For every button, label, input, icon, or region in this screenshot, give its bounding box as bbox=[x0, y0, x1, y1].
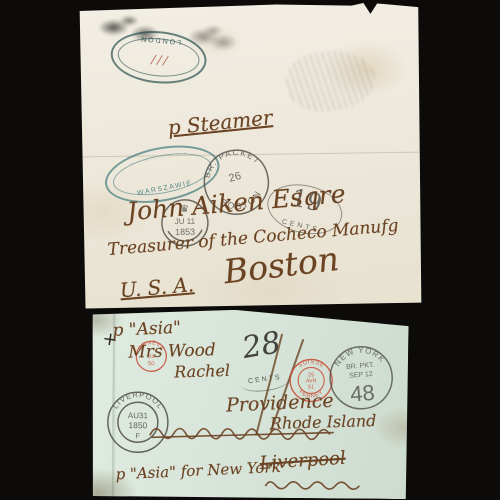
suisse-line3: 51 bbox=[308, 384, 314, 390]
boston-cds-day: 26 bbox=[227, 170, 242, 185]
new-york-br-pkt-datestamp: NEW YORK BR. PKT. SEP 12 48 bbox=[323, 340, 398, 415]
crossed-out-line-2 bbox=[263, 476, 363, 495]
newyork-line2: SEP 12 bbox=[349, 371, 373, 380]
geneve-line2: 50 bbox=[148, 361, 155, 367]
liverpool-line1: AU31 bbox=[128, 411, 149, 420]
svg-text:LIVERPOOL: LIVERPOOL bbox=[111, 390, 166, 411]
crossed-out-line bbox=[148, 419, 338, 448]
rate-28-mark: 28 bbox=[240, 325, 283, 366]
address-extra: Rachel bbox=[174, 361, 230, 382]
ship-note-steamer: p Steamer bbox=[167, 105, 274, 139]
auction-lot-photo: /// LONDON · · · · · · · · WARSZAWIE p S… bbox=[0, 0, 500, 500]
forwarding-note: p "Asia" for New York bbox=[115, 458, 281, 483]
addressee-name: Mrs Wood bbox=[128, 340, 216, 362]
liverpool-line2: 1850 bbox=[128, 420, 147, 430]
address-line-country: U. S. A. bbox=[119, 272, 195, 302]
newyork-line1: BR. PKT. bbox=[346, 362, 375, 371]
rate-48-value: 48 bbox=[349, 380, 375, 407]
liverpool-arc: LIVERPOOL bbox=[111, 390, 166, 411]
cover-bottom-green: + p "Asia" GENÈVE 24 50 Mrs Wood Rachel … bbox=[91, 309, 408, 499]
offset-ink-ghost bbox=[283, 44, 379, 117]
liverpool-line3: F bbox=[135, 431, 140, 440]
cover-top-white: /// LONDON · · · · · · · · WARSZAWIE p S… bbox=[78, 2, 424, 311]
ship-note-asia: p "Asia" bbox=[112, 318, 181, 341]
